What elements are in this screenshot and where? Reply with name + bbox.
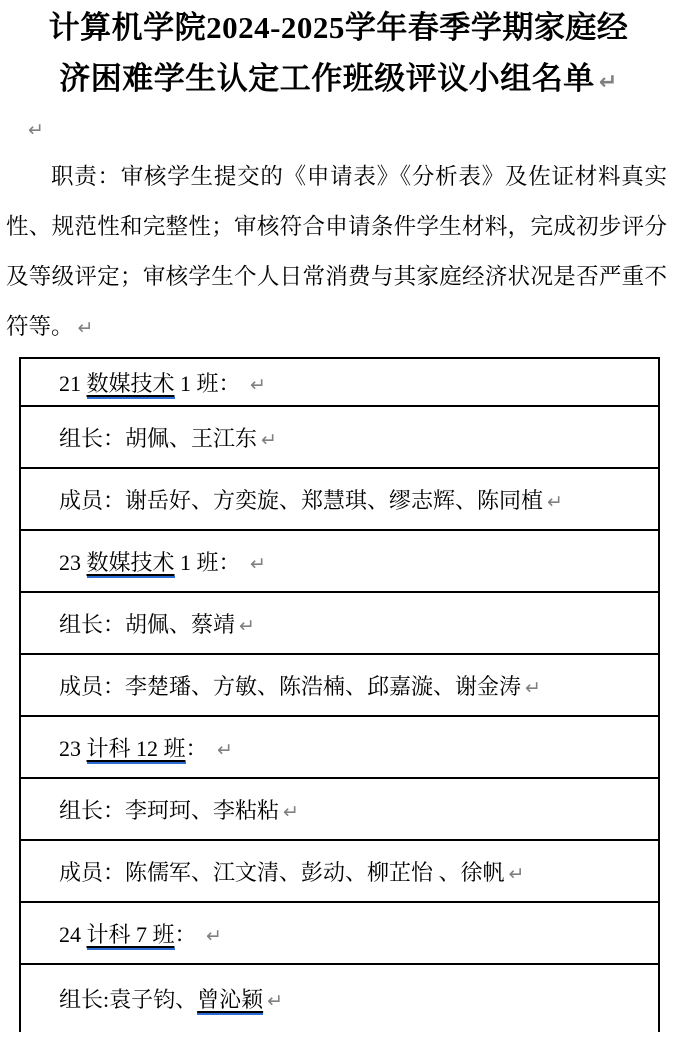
cell-text: 组长:袁子钧、 <box>59 987 197 1012</box>
table-cell[interactable]: 成员：李楚璠、方敏、陈浩楠、邱嘉漩、谢金涛↵ <box>20 654 659 716</box>
grammar-underlined-text: 数媒技术 <box>87 550 175 578</box>
cell-text: ： <box>175 922 203 947</box>
cell-text: 23 <box>59 736 87 761</box>
grammar-underlined-text: 计科 7 班 <box>87 922 175 950</box>
cell-text: 组长：胡佩、王江东 <box>59 426 257 451</box>
paragraph-return-mark: ↵ <box>250 553 266 575</box>
table-row-leaders: 组长：李珂珂、李粘粘↵ <box>20 778 659 840</box>
document-page[interactable]: 计算机学院2024-2025学年春季学期家庭经济困难学生认定工作班级评议小组名单… <box>0 0 677 1045</box>
grammar-underlined-text: 曾沁颖 <box>197 987 263 1015</box>
empty-paragraph[interactable]: ↵ <box>0 108 677 152</box>
paragraph-return-mark: ↵ <box>206 925 222 947</box>
paragraph-return-mark: ↵ <box>217 739 233 761</box>
table-row-leaders: 组长：胡佩、王江东↵ <box>20 406 659 468</box>
table-row-class-header: 23 数媒技术 1 班： ↵ <box>20 530 659 592</box>
review-groups-table: 21 数媒技术 1 班： ↵组长：胡佩、王江东↵成员：谢岳好、方奕旋、郑慧琪、缪… <box>19 357 660 1032</box>
table-row-class-header: 24 计科 7 班： ↵ <box>20 902 659 964</box>
paragraph-return-mark: ↵ <box>250 374 266 396</box>
table-cell[interactable]: 23 数媒技术 1 班： ↵ <box>20 530 659 592</box>
grammar-underlined-text: 数媒技术 <box>87 371 175 399</box>
cell-text: 1 班： <box>175 371 247 396</box>
cell-text: 组长：胡佩、蔡靖 <box>59 612 235 637</box>
table-cell[interactable]: 成员：谢岳好、方奕旋、郑慧琪、缪志辉、陈同植↵ <box>20 468 659 530</box>
cell-text: 成员：李楚璠、方敏、陈浩楠、邱嘉漩、谢金涛 <box>59 674 521 699</box>
table-row-leaders: 组长：胡佩、蔡靖↵ <box>20 592 659 654</box>
table-cell[interactable]: 组长:袁子钧、曾沁颖↵ <box>20 964 659 1032</box>
table-cell[interactable]: 成员：陈儒军、江文清、彭动、柳芷怡 、徐帆↵ <box>20 840 659 902</box>
table-cell[interactable]: 24 计科 7 班： ↵ <box>20 902 659 964</box>
paragraph-return-mark: ↵ <box>525 677 541 699</box>
table-cell[interactable]: 组长：李珂珂、李粘粘↵ <box>20 778 659 840</box>
table-row-members: 成员：谢岳好、方奕旋、郑慧琪、缪志辉、陈同植↵ <box>20 468 659 530</box>
table-row-leaders: 组长:袁子钧、曾沁颖↵ <box>20 964 659 1032</box>
table-row-class-header: 23 计科 12 班： ↵ <box>20 716 659 778</box>
paragraph-return-mark: ↵ <box>283 801 299 823</box>
paragraph-return-mark: ↵ <box>509 863 525 885</box>
paragraph-return-mark: ↵ <box>28 119 44 141</box>
table-row-class-header: 21 数媒技术 1 班： ↵ <box>20 358 659 406</box>
duty-text: 职责：审核学生提交的《申请表》《分析表》及佐证材料真实性、规范性和完整性；审核符… <box>6 164 667 339</box>
review-groups-table-body: 21 数媒技术 1 班： ↵组长：胡佩、王江东↵成员：谢岳好、方奕旋、郑慧琪、缪… <box>20 358 659 1032</box>
grammar-underlined-text: 计科 12 班 <box>87 736 186 764</box>
table-cell[interactable]: 组长：胡佩、蔡靖↵ <box>20 592 659 654</box>
title-line: 济困难学生认定工作班级评议小组名单↵ <box>0 53 677 108</box>
paragraph-return-mark: ↵ <box>239 615 255 637</box>
cell-text: 23 <box>59 550 87 575</box>
table-row-members: 成员：陈儒军、江文清、彭动、柳芷怡 、徐帆↵ <box>20 840 659 902</box>
paragraph-return-mark: ↵ <box>261 429 277 451</box>
paragraph-return-mark: ↵ <box>599 70 618 95</box>
table-row-members: 成员：李楚璠、方敏、陈浩楠、邱嘉漩、谢金涛↵ <box>20 654 659 716</box>
cell-text: 成员：陈儒军、江文清、彭动、柳芷怡 、徐帆 <box>59 860 505 885</box>
cell-text: 组长：李珂珂、李粘粘 <box>59 798 279 823</box>
cell-text: 1 班： <box>175 550 247 575</box>
cell-text: 21 <box>59 371 87 396</box>
paragraph-return-mark: ↵ <box>267 990 283 1012</box>
title-line: 计算机学院2024-2025学年春季学期家庭经 <box>0 2 677 53</box>
table-cell[interactable]: 21 数媒技术 1 班： ↵ <box>20 358 659 406</box>
duty-paragraph[interactable]: 职责：审核学生提交的《申请表》《分析表》及佐证材料真实性、规范性和完整性；审核符… <box>6 152 667 353</box>
table-cell[interactable]: 组长：胡佩、王江东↵ <box>20 406 659 468</box>
paragraph-return-mark: ↵ <box>547 491 563 513</box>
table-cell[interactable]: 23 计科 12 班： ↵ <box>20 716 659 778</box>
paragraph-return-mark: ↵ <box>78 317 94 339</box>
cell-text: 成员：谢岳好、方奕旋、郑慧琪、缪志辉、陈同植 <box>59 488 543 513</box>
cell-text: 24 <box>59 922 87 947</box>
document-title[interactable]: 计算机学院2024-2025学年春季学期家庭经济困难学生认定工作班级评议小组名单… <box>0 0 677 108</box>
cell-text: ： <box>186 736 214 761</box>
